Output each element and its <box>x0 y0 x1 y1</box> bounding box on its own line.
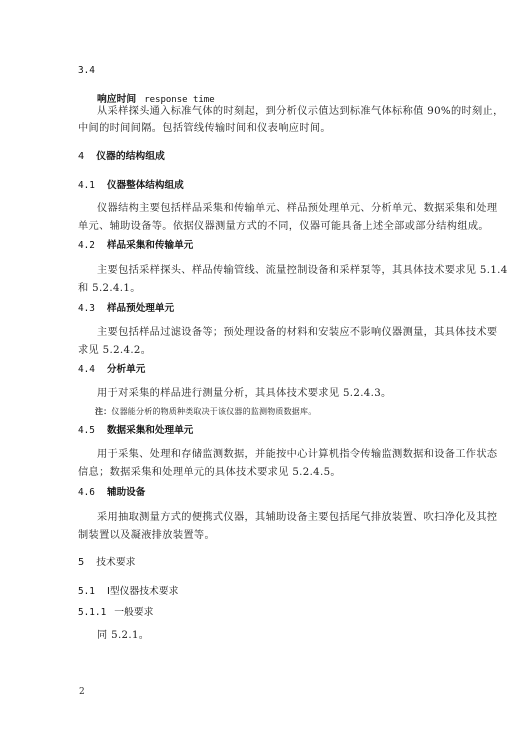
section-number-3-4: 3.4 <box>78 66 95 75</box>
section-number: 4.3 <box>78 303 95 314</box>
paragraph-line: 制装置以及凝液排放装置等。 <box>78 531 215 541</box>
note-label: 注： <box>95 407 111 416</box>
paragraph-line: 和 5.2.4.1。 <box>78 284 141 294</box>
note-text: 仪器能分析的物质种类取决于该仪器的监测物质数据库。 <box>111 407 316 416</box>
page-number: 2 <box>79 688 85 697</box>
section-heading-4-5: 4.5数据采集和处理单元 <box>78 426 193 436</box>
note: 注：仪器能分析的物质种类取决于该仪器的监测物质数据库。 <box>95 408 316 416</box>
term-zh: 响应时间 <box>97 94 136 105</box>
paragraph-line: 主要包括采样探头、样品传输管线、流量控制设备和采样泵等，其具体技术要求见 5.1… <box>97 266 508 276</box>
section-heading-4-6: 4.6辅助设备 <box>78 488 145 498</box>
section-number: 4.1 <box>78 180 95 191</box>
paragraph-line: 采用抽取测量方式的便携式仪器，其辅助设备主要包括尾气排放装置、吹扫净化及其控 <box>97 513 497 523</box>
section-heading-4-3: 4.3样品预处理单元 <box>78 304 174 314</box>
section-number: 4 <box>78 151 84 162</box>
section-title: 分析单元 <box>107 364 145 375</box>
section-title: 技术要求 <box>96 557 135 568</box>
section-heading-4-2: 4.2样品采集和传输单元 <box>78 241 193 251</box>
section-heading-4-1: 4.1仪器整体结构组成 <box>78 181 184 191</box>
definition-line-1: 从采样探头通入标准气体的时刻起，到分析仪示值达到标准气体标称值 90%的时刻止， <box>97 107 504 117</box>
section-heading-4-4: 4.4分析单元 <box>78 365 145 375</box>
section-title: 样品采集和传输单元 <box>107 240 193 251</box>
section-heading-5-1: 5.1Ⅰ型仪器技术要求 <box>78 587 178 597</box>
section-title: 样品预处理单元 <box>107 303 174 314</box>
section-number: 4.4 <box>78 364 95 375</box>
definition-line-2: 中间的时间间隔。包括管线传输时间和仪表响应时间。 <box>78 124 331 134</box>
section-number: 4.2 <box>78 240 95 251</box>
paragraph-line: 仪器结构主要包括样品采集和传输单元、样品预处理单元、分析单元、数据采集和处理 <box>97 204 497 214</box>
paragraph-line: 同 5.2.1。 <box>97 631 149 641</box>
paragraph-line: 用于采集、处理和存储监测数据，并能按中心计算机指令传输监测数据和设备工作状态 <box>97 450 497 460</box>
document-page: 3.4 响应时间response time 从采样探头通入标准气体的时刻起，到分… <box>0 0 523 740</box>
section-heading-5: 5技术要求 <box>78 558 135 568</box>
section-number: 4.6 <box>78 487 95 498</box>
section-heading-5-1-1: 5.1.1一般要求 <box>78 608 153 618</box>
paragraph-line: 主要包括样品过滤设备等；预处理设备的材料和安装应不影响仪器测量，其具体技术要 <box>97 328 497 338</box>
section-heading-4: 4仪器的结构组成 <box>78 152 165 162</box>
term-en: response time <box>144 95 214 105</box>
section-title: 数据采集和处理单元 <box>107 425 193 436</box>
section-number: 5 <box>78 557 84 568</box>
paragraph-line: 信息；数据采集和处理单元的具体技术要求见 5.2.4.5。 <box>78 468 341 478</box>
section-title: 仪器的结构组成 <box>96 151 165 162</box>
paragraph-line: 用于对采集的样品进行测量分析，其具体技术要求见 5.2.4.3。 <box>97 389 392 399</box>
section-number: 5.1.1 <box>78 607 106 618</box>
section-number: 4.5 <box>78 425 95 436</box>
section-title: 一般要求 <box>114 607 153 618</box>
section-title: 辅助设备 <box>107 487 145 498</box>
section-title: 仪器整体结构组成 <box>107 180 184 191</box>
paragraph-line: 单元、辅助设备等。依据仪器测量方式的不同，仪器可能具备上述全部或部分结构组成。 <box>78 222 489 232</box>
term-heading: 响应时间response time <box>97 90 215 106</box>
section-title: Ⅰ型仪器技术要求 <box>107 586 178 597</box>
section-number: 5.1 <box>78 586 95 597</box>
paragraph-line: 求见 5.2.4.2。 <box>78 346 151 356</box>
